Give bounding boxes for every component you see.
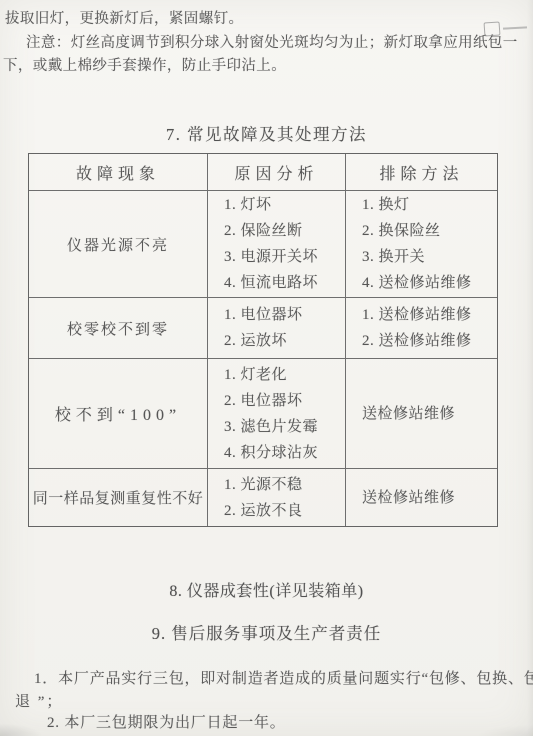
remedy-item: 送检修站维修 [362,485,497,511]
cause-item: 1. 电位器坏 [224,302,345,328]
remedy-cell: 1. 换灯 2. 换保险丝 3. 换开关 4. 送检修站维修 [346,191,497,298]
cause-item: 3. 滤色片发霉 [224,414,345,440]
section9-title: 9. 售后服务事项及生产者责任 [0,620,533,644]
remedy-item: 3. 换开关 [362,244,497,270]
intro-line-3: 下，或戴上棉纱手套操作，防止手印沾上。 [3,54,286,75]
cause-cell: 1. 电位器坏 2. 运放坏 [208,298,346,359]
remedy-item: 送检修站维修 [362,401,497,427]
remedy-item: 1. 送检修站维修 [362,302,497,328]
phenomenon-cell: 校零校不到零 [29,298,208,359]
cause-item: 2. 保险丝断 [224,218,345,244]
cause-item: 3. 电源开关坏 [224,244,345,270]
cause-item: 2. 运放坏 [224,328,345,354]
scan-artifact-dash [503,26,527,29]
column-header-phenomenon: 故障现象 [29,154,208,191]
remedy-item: 2. 换保险丝 [362,218,497,244]
remedy-cell: 1. 送检修站维修 2. 送检修站维修 [346,298,497,359]
scanned-manual-page: 拔取旧灯，更换新灯后，紧固螺钉。 注意：灯丝高度调节到积分球入射窗处光斑均匀为止… [0,0,533,736]
column-header-remedy: 排除方法 [346,154,497,191]
intro-line-1: 拔取旧灯，更换新灯后，紧固螺钉。 [5,7,243,28]
remedy-item: 4. 送检修站维修 [362,270,497,296]
warranty-line-2: 退 ”； [15,690,63,711]
remedy-cell: 送检修站维修 [346,359,497,469]
intro-line-2: 注意：灯丝高度调节到积分球入射窗处光斑均匀为止；新灯取拿应用纸包一 [26,31,518,52]
section8-title: 8. 仪器成套性(详见装箱单) [0,578,533,601]
cause-item: 2. 电位器坏 [224,388,345,414]
column-header-cause: 原因分析 [208,154,346,191]
warranty-line-3: 2. 本厂三包期限为出厂日起一年。 [47,711,286,732]
cause-item: 1. 灯老化 [224,362,345,388]
cause-cell: 1. 灯坏 2. 保险丝断 3. 电源开关坏 4. 恒流电路坏 [208,191,346,298]
cause-item: 4. 积分球沾灰 [224,440,345,466]
warranty-line-1: 1．本厂产品实行三包，即对制造者造成的质量问题实行“包修、包换、包 [34,667,533,688]
phenomenon-cell: 同一样品复测重复性不好 [29,469,208,526]
scan-artifact-mark [484,21,501,36]
fault-table: 故障现象 原因分析 排除方法 仪器光源不亮 1. 灯坏 2. 保险丝断 3. 电… [28,153,498,527]
phenomenon-cell: 校不到“100” [29,359,208,469]
cause-cell: 1. 灯老化 2. 电位器坏 3. 滤色片发霉 4. 积分球沾灰 [208,359,346,469]
remedy-cell: 送检修站维修 [346,469,497,526]
cause-item: 4. 恒流电路坏 [224,270,345,296]
cause-cell: 1. 光源不稳 2. 运放不良 [208,469,346,526]
remedy-item: 2. 送检修站维修 [362,328,497,354]
cause-item: 2. 运放不良 [224,498,345,524]
remedy-item: 1. 换灯 [362,192,497,218]
phenomenon-cell: 仪器光源不亮 [29,191,208,298]
cause-item: 1. 光源不稳 [224,472,345,498]
section7-title: 7. 常见故障及其处理方法 [0,121,533,145]
cause-item: 1. 灯坏 [224,192,345,218]
